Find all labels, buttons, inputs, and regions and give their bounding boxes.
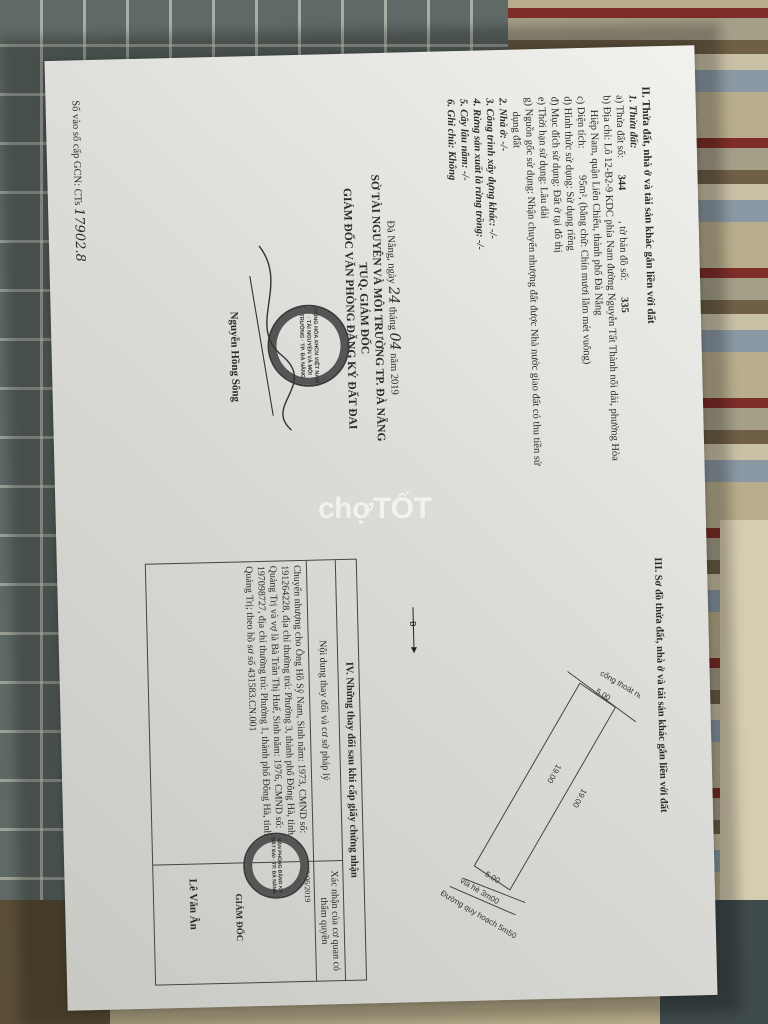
parcel-diagram: 19.00 19.00 5.00 5.00 cống thoát nước vỉ…: [397, 582, 646, 968]
address-label: b) Địa chỉ:: [600, 95, 612, 140]
side-length-2: 19.00: [571, 787, 589, 809]
date-year: năm 2019: [388, 353, 400, 395]
map-sheet-number: 335: [617, 297, 630, 313]
date-day: 24: [385, 286, 401, 304]
date-month: 04: [386, 333, 402, 351]
map-sheet-label: , tờ bản đồ số:: [617, 221, 629, 281]
date-prefix: Đà Nẵng, ngày: [384, 220, 397, 284]
table-row: Chuyển nhượng cho Ông Hồ Sỹ Nam, Sinh nă…: [146, 561, 316, 985]
certificate-right-page: III. Sơ đồ thửa đất, nhà ở và tài sản kh…: [56, 520, 717, 1011]
section-iv-table: IV. Những thay đổi sau khi cấp giấy chứn…: [145, 559, 367, 986]
registration-number: Số vào sổ cấp GCN: CTs 17902.8: [68, 100, 87, 262]
parcel-label: a) Thửa đất số:: [613, 95, 626, 158]
confirm-signer: Lê Văn Ân: [187, 879, 200, 930]
back-width: 5.00: [594, 687, 612, 703]
month-label: tháng: [387, 307, 399, 331]
seal-text-2: VĂN PHÒNG ĐĂNG KÝ ĐẤT ĐAI · TP. ĐÀ NẴNG: [269, 835, 283, 897]
section-ii: II. Thửa đất, nhà ở và tài sản khác gắn …: [443, 86, 661, 511]
change-content: Chuyển nhượng cho Ông Hồ Sỹ Nam, Sinh nă…: [146, 561, 313, 866]
registration-value: 17902.8: [71, 208, 87, 262]
chotot-watermark: chợTỐT: [318, 492, 431, 526]
side-length-1: 19.00: [545, 763, 563, 785]
signature-block: Đà Nẵng, ngày 24 tháng 04 năm 2019 SỞ TÀ…: [337, 93, 405, 524]
area-label: c) Diện tích:: [575, 96, 587, 149]
section-iii-heading: III. Sơ đồ thửa đất, nhà ở và tài sản kh…: [652, 557, 669, 813]
svg-text:B: B: [408, 621, 417, 627]
confirmation-cell: 18/06/2019 VĂN PHÒNG ĐĂNG KÝ ĐẤT ĐAI · T…: [153, 862, 316, 985]
certificate-left-page: II. Thửa đất, nhà ở và tài sản khác gắn …: [44, 45, 705, 536]
col-confirm-header: Xác nhận của cơ quan có thẩm quyền: [314, 861, 345, 981]
parcel-number: 344: [614, 174, 627, 190]
north-arrow-icon: B: [408, 607, 418, 653]
registration-label: Số vào sổ cấp GCN: CTs: [69, 100, 83, 205]
land-use-certificate: II. Thửa đất, nhà ở và tài sản khác gắn …: [44, 45, 717, 1011]
road-label: Đường quy hoạch 5m50: [439, 889, 519, 941]
confirm-role: GIÁM ĐỐC: [234, 893, 245, 941]
handwritten-signature-icon: [239, 235, 304, 436]
signer-name: Nguyễn Hồng Sông: [227, 311, 243, 402]
office-seal-icon: VĂN PHÒNG ĐĂNG KÝ ĐẤT ĐAI · TP. ĐÀ NẴNG: [242, 832, 310, 900]
